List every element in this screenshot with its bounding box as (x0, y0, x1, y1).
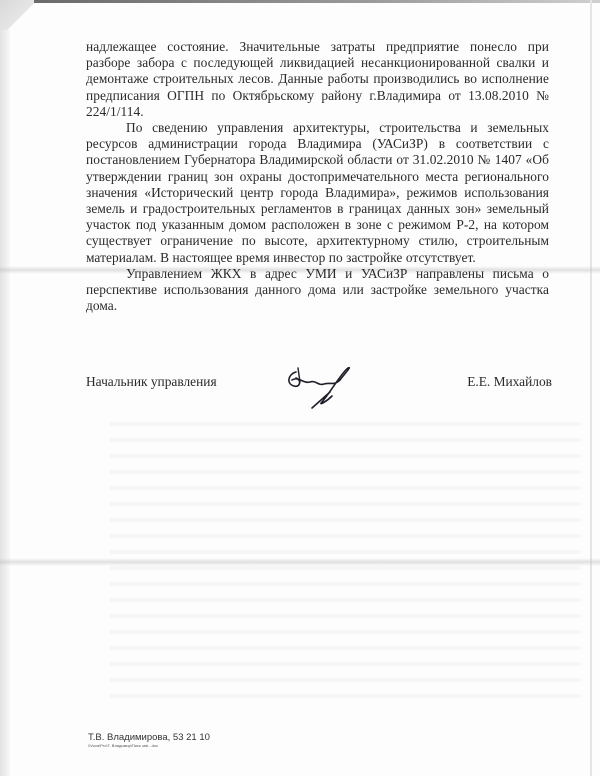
scan-right-edge (590, 0, 592, 776)
signatory-name: Е.Е. Михайлов (467, 374, 552, 390)
paragraph-3: Управлением ЖКХ в адрес УМИ и УАСиЗР нап… (86, 266, 549, 315)
scan-top-edge (30, 0, 600, 3)
bleed-through-text (110, 410, 580, 710)
page-footer: Т.В. Владимирова, 53 21 10 \\Vova\Pro\Т.… (88, 732, 348, 748)
scan-left-shadow (0, 30, 10, 776)
signature-block: Начальник управления Е.Е. Михайлов (86, 372, 552, 412)
paragraph-1: надлежащее состояние. Значительные затра… (86, 39, 549, 120)
handwritten-signature-icon (282, 362, 362, 414)
executor-contact: Т.В. Владимирова, 53 21 10 (88, 732, 348, 743)
file-path: \\Vova\Pro\Т. Владимир\Пись ма\...doc (88, 743, 348, 748)
scanned-page: надлежащее состояние. Значительные затра… (0, 0, 600, 776)
letter-body: надлежащее состояние. Значительные затра… (86, 39, 549, 314)
paragraph-2: По сведению управления архитектуры, стро… (86, 120, 549, 266)
signatory-position: Начальник управления (86, 374, 217, 390)
